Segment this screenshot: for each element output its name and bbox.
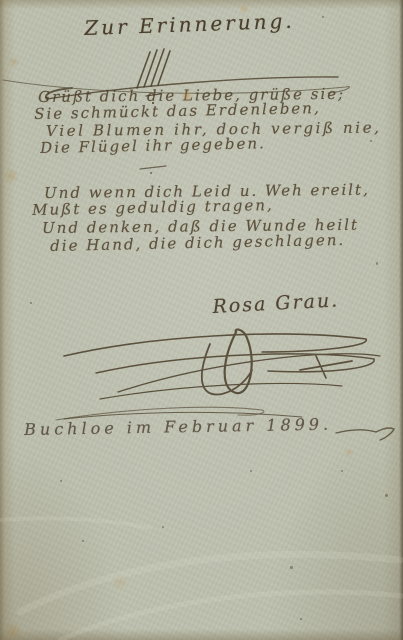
crossout-mark [137,49,170,104]
album-page-photo: Zur Erinnerung. Grüßt dich die Liebe, gr… [0,0,403,640]
date-flourish [64,412,394,440]
signature-flourish [56,330,380,420]
paper-creases [0,518,403,640]
ink-flourishes [0,0,403,640]
heading-flourish-strokes [3,77,349,99]
stanza-divider-mark [140,166,166,174]
